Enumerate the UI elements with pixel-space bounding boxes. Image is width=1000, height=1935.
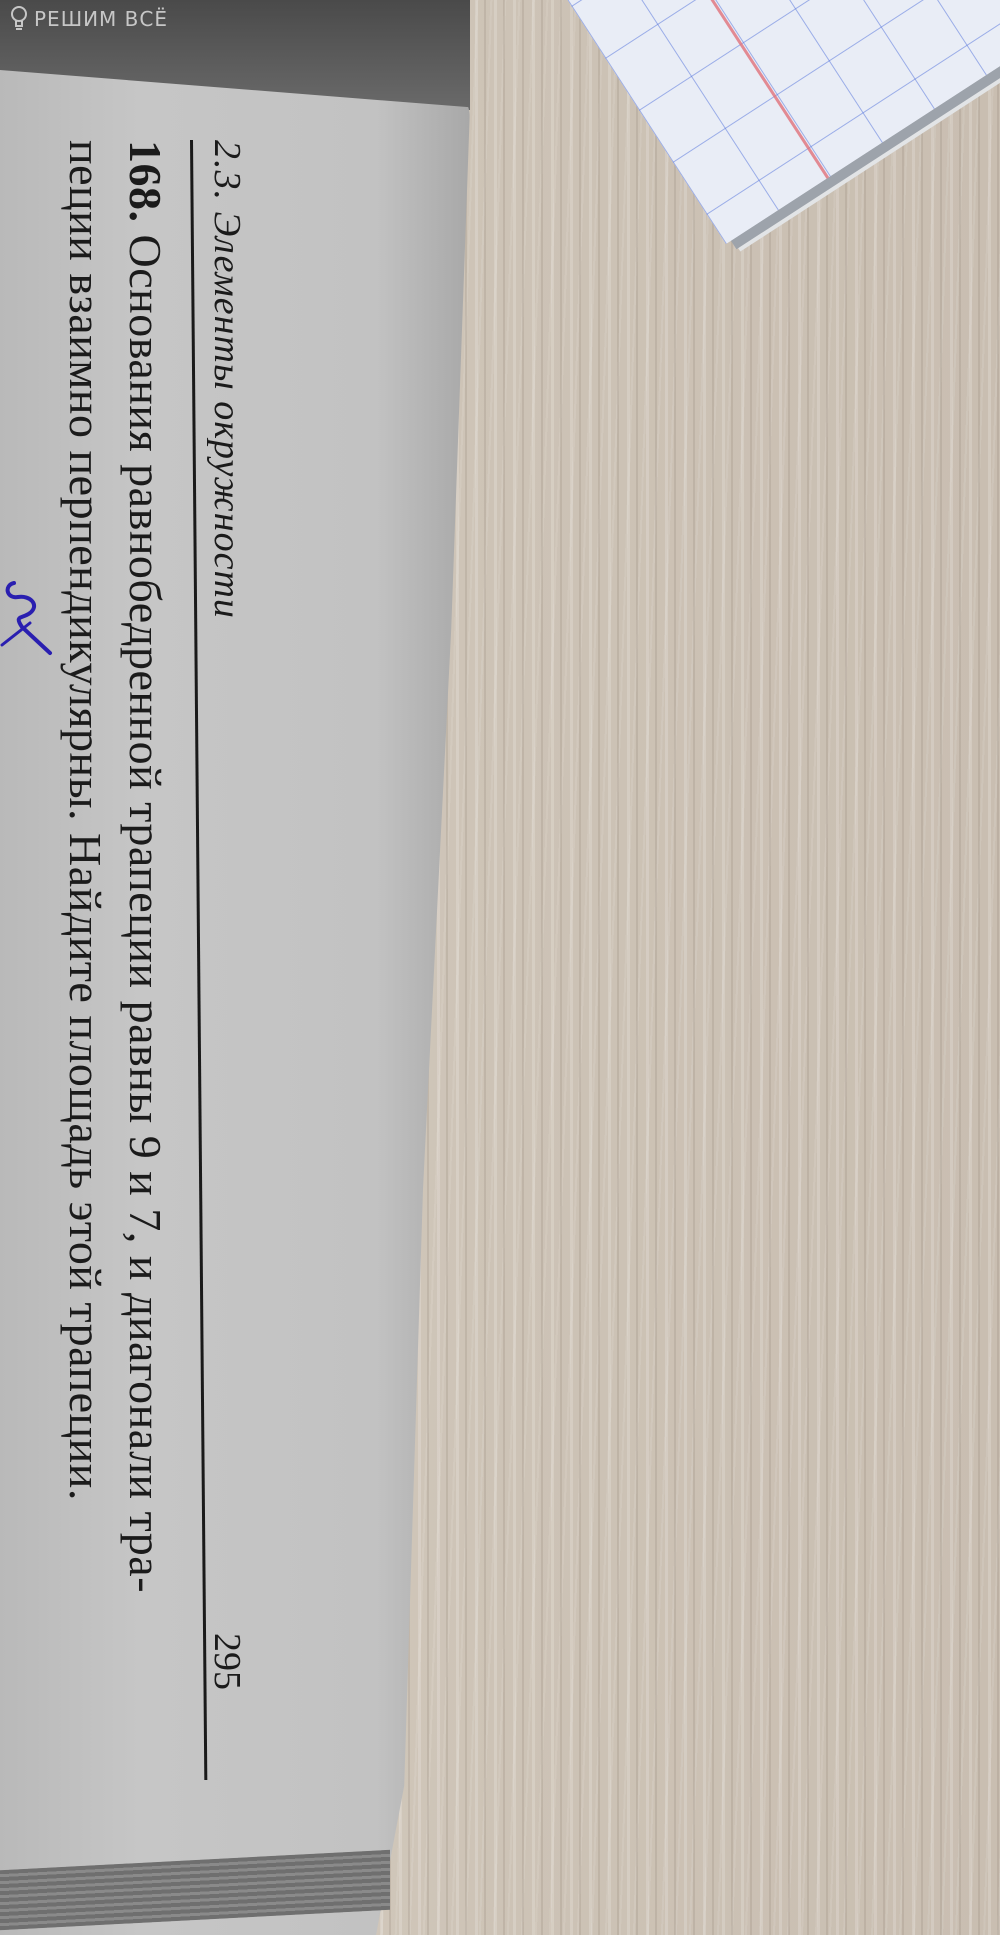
- watermark: РЕШИМ ВСЁ: [10, 6, 168, 32]
- running-header: 2.3. Элементы окружности 295: [199, 140, 249, 1690]
- handwritten-answer-mark: [0, 575, 60, 665]
- problem-text-1: Основания равнобедренной трапеции равны …: [120, 235, 171, 1594]
- page-content: 2.3. Элементы окружности 295 168. Основа…: [25, 120, 255, 1720]
- section-title: 2.3. Элементы окружности: [205, 140, 249, 619]
- page-number: 295: [205, 1633, 249, 1690]
- problem-168: 168. Основания равнобедренной трапеции р…: [55, 140, 175, 1700]
- problem-number: 168.: [120, 140, 171, 223]
- watermark-text: РЕШИМ ВСЁ: [34, 7, 168, 31]
- problem-text-2: пеции взаимно перпендикулярны. Найдите п…: [55, 140, 115, 1700]
- problem-line-1: 168. Основания равнобедренной трапеции р…: [115, 140, 175, 1700]
- lightbulb-icon: [10, 6, 28, 32]
